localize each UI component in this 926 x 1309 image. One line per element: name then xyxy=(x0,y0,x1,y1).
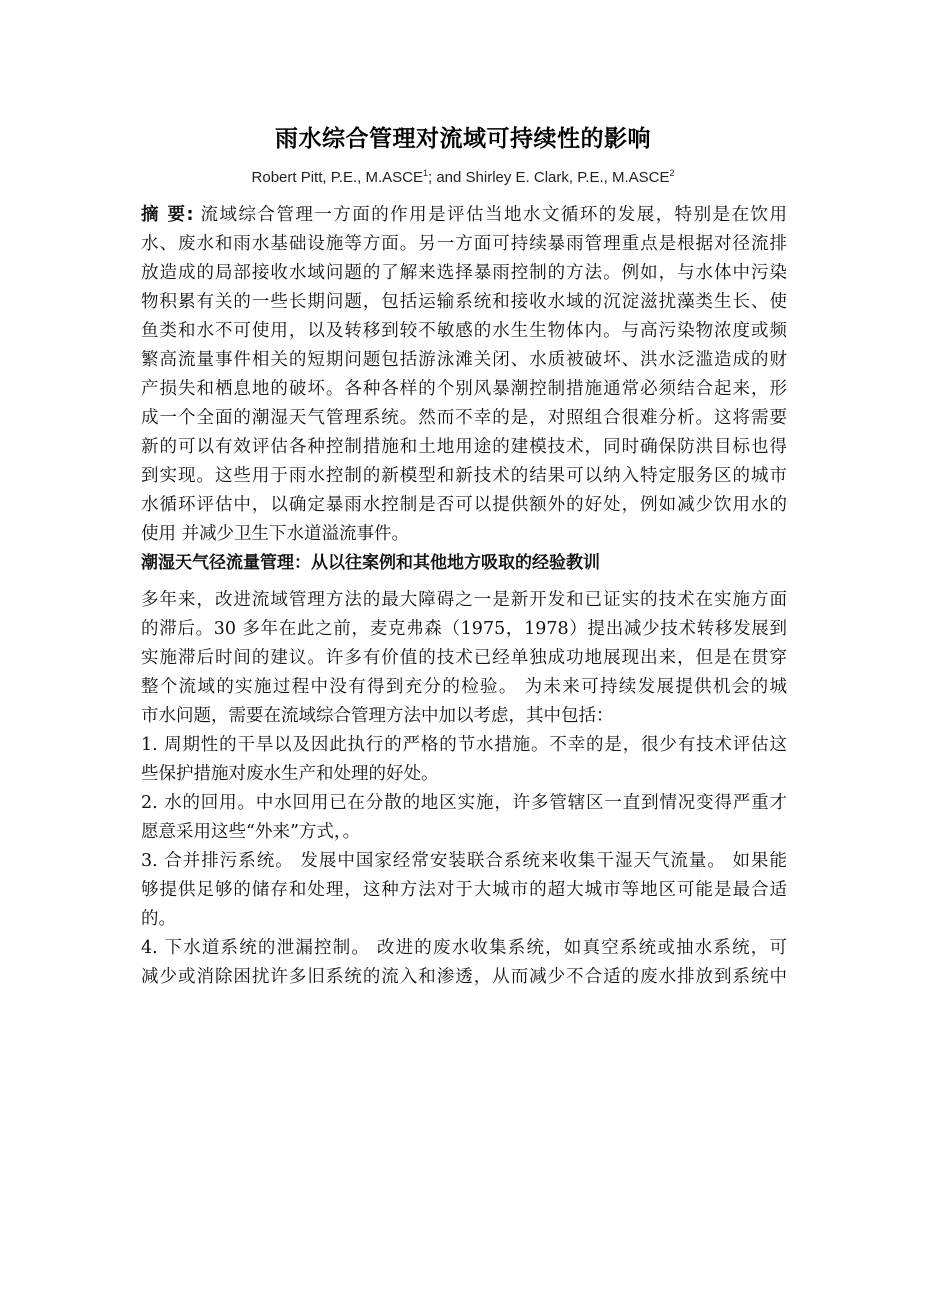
abstract: 摘 要: 流域综合管理一方面的作用是评估当地水文循环的发展，特别是在饮用 水、废… xyxy=(141,201,787,549)
author-line: Robert Pitt, P.E., M.ASCE1; and Shirley … xyxy=(0,169,926,186)
list-item-2: 2. 水的回用。中水回用已在分散的地区实施，许多管辖区一直到情况变得严重才 愿意… xyxy=(141,789,787,847)
list-item-3: 3. 合并排污系统。 发展中国家经常安装联合系统来收集干湿天气流量。 如果能 够… xyxy=(141,847,787,934)
author-1: Robert Pitt, P.E., M.ASCE xyxy=(252,169,423,186)
abstract-line: 繁高流量事件相关的短期问题包括游泳滩关闭、水质被破坏、洪水泛滥造成的财 xyxy=(141,346,787,375)
abstract-line: 产损失和栖息地的破坏。各种各样的个别风暴潮控制措施通常必须结合起来，形 xyxy=(141,375,787,404)
body-line: 多年来，改进流域管理方法的最大障碍之一是新开发和已证实的技术在实施方面 xyxy=(141,586,787,615)
list-line: 2. 水的回用。中水回用已在分散的地区实施，许多管辖区一直到情况变得严重才 xyxy=(141,789,787,818)
list-line: 减少或消除困扰许多旧系统的流入和渗透，从而减少不合适的废水排放到系统中 xyxy=(141,963,787,992)
section-intro: 多年来，改进流域管理方法的最大障碍之一是新开发和已证实的技术在实施方面 的滞后。… xyxy=(141,586,787,731)
body-line: 实施滞后时间的建议。许多有价值的技术已经单独成功地展现出来，但是在贯穿 xyxy=(141,644,787,673)
author-2-affiliation: 2 xyxy=(669,168,674,178)
abstract-line: 水循环评估中，以确定暴雨水控制是否可以提供额外的好处，例如减少饮用水的 xyxy=(141,491,787,520)
abstract-label: 摘 要 xyxy=(141,205,187,225)
abstract-line: 到实现。这些用于雨水控制的新模型和新技术的结果可以纳入特定服务区的城市 xyxy=(141,462,787,491)
abstract-line: 使用 并减少卫生下水道溢流事件。 xyxy=(141,520,787,549)
document-page: 雨水综合管理对流域可持续性的影响 Robert Pitt, P.E., M.AS… xyxy=(0,0,926,1309)
list-line: 3. 合并排污系统。 发展中国家经常安装联合系统来收集干湿天气流量。 如果能 xyxy=(141,847,787,876)
list-item-4: 4. 下水道系统的泄漏控制。 改进的废水收集系统，如真空系统或抽水系统，可 减少… xyxy=(141,934,787,992)
abstract-line: 水、废水和雨水基础设施等方面。另一方面可持续暴雨管理重点是根据对径流排 xyxy=(141,230,787,259)
list-line: 愿意采用这些“外来”方式，。 xyxy=(141,818,787,847)
abstract-line: 鱼类和水不可使用，以及转移到较不敏感的水生生物体内。与高污染物浓度或频 xyxy=(141,317,787,346)
author-separator: ; and xyxy=(428,169,466,186)
list-line: 1. 周期性的干旱以及因此执行的严格的节水措施。不幸的是，很少有技术评估这 xyxy=(141,731,787,760)
paper-body: 摘 要: 流域综合管理一方面的作用是评估当地水文循环的发展，特别是在饮用 水、废… xyxy=(141,201,787,992)
body-line: 整个流域的实施过程中没有得到充分的检验。 为未来可持续发展提供机会的城 xyxy=(141,673,787,702)
body-line: 市水问题，需要在流域综合管理方法中加以考虑，其中包括： xyxy=(141,702,787,731)
body-line: 的滞后。30 多年在此之前，麦克弗森（1975，1978）提出减少技术转移发展到 xyxy=(141,615,787,644)
abstract-line: 摘 要: 流域综合管理一方面的作用是评估当地水文循环的发展，特别是在饮用 xyxy=(141,201,787,230)
list-line: 些保护措施对废水生产和处理的好处。 xyxy=(141,760,787,789)
abstract-line: 成一个全面的潮湿天气管理系统。然而不幸的是，对照组合很难分析。这将需要 xyxy=(141,404,787,433)
author-2: Shirley E. Clark, P.E., M.ASCE xyxy=(466,169,670,186)
section-heading: 潮湿天气径流量管理：从以往案例和其他地方吸取的经验教训 xyxy=(141,549,787,586)
abstract-line: 物积累有关的一些长期问题，包括运输系统和接收水域的沉淀滋扰藻类生长、使 xyxy=(141,288,787,317)
list-line: 的。 xyxy=(141,905,787,934)
abstract-colon: : xyxy=(187,205,194,225)
abstract-line: 新的可以有效评估各种控制措施和土地用途的建模技术，同时确保防洪目标也得 xyxy=(141,433,787,462)
list-line: 4. 下水道系统的泄漏控制。 改进的废水收集系统，如真空系统或抽水系统，可 xyxy=(141,934,787,963)
abstract-line: 放造成的局部接收水域问题的了解来选择暴雨控制的方法。例如，与水体中污染 xyxy=(141,259,787,288)
list-item-1: 1. 周期性的干旱以及因此执行的严格的节水措施。不幸的是，很少有技术评估这 些保… xyxy=(141,731,787,789)
paper-title: 雨水综合管理对流域可持续性的影响 xyxy=(0,120,926,153)
list-line: 够提供足够的储存和处理，这种方法对于大城市的超大城市等地区可能是最合适 xyxy=(141,876,787,905)
